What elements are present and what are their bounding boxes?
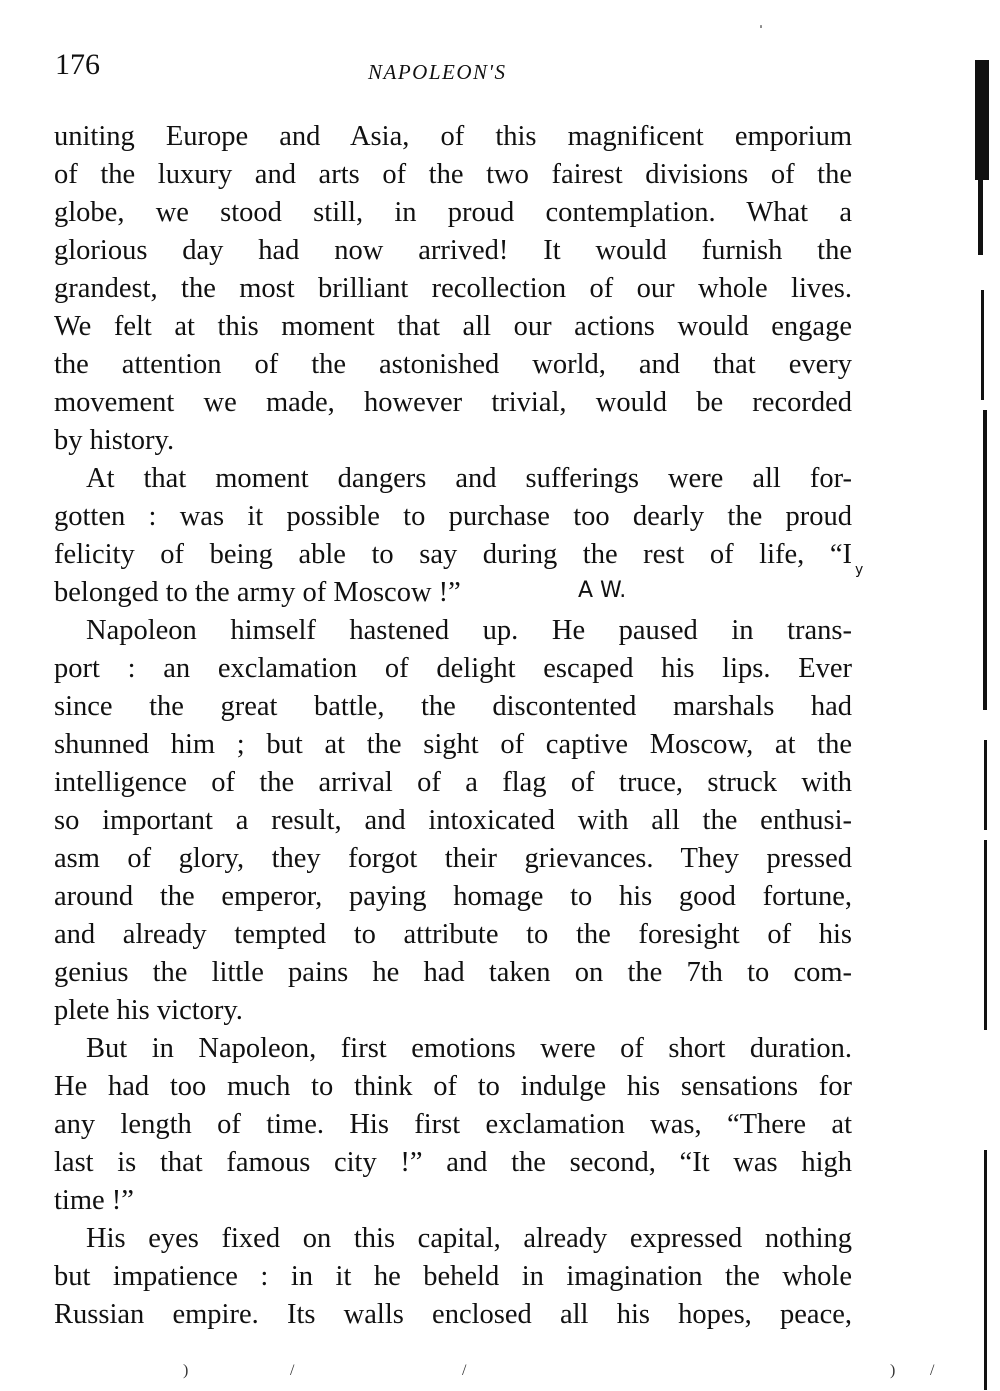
- text-line: We felt at this moment that all our acti…: [54, 308, 852, 346]
- text-line: so important a result, and intoxicated w…: [54, 802, 852, 840]
- tick-mark: ˌ: [758, 8, 764, 29]
- text-line: belonged to the army of Moscow !”: [54, 574, 852, 612]
- text-line: uniting Europe and Asia, of this magnifi…: [54, 118, 852, 156]
- text-line: last is that famous city !” and the seco…: [54, 1144, 852, 1182]
- scan-mark: ): [890, 1362, 895, 1380]
- text-line: plete his victory.: [54, 992, 852, 1030]
- text-line: gotten : was it possible to purchase too…: [54, 498, 852, 536]
- text-line: At that moment dangers and sufferings we…: [54, 460, 852, 498]
- text-line: His eyes fixed on this capital, already …: [54, 1220, 852, 1258]
- text-line: of the luxury and arts of the two faires…: [54, 156, 852, 194]
- running-title: NAPOLEON'S: [368, 60, 507, 85]
- text-line: but impatience : in it he beheld in imag…: [54, 1258, 852, 1296]
- scan-mark: /: [930, 1362, 934, 1380]
- text-line: since the great battle, the discontented…: [54, 688, 852, 726]
- text-line: and already tempted to attribute to the …: [54, 916, 852, 954]
- text-line: But in Napoleon, first emotions were of …: [54, 1030, 852, 1068]
- text-line: globe, we stood still, in proud contempl…: [54, 194, 852, 232]
- binding-edge-mid: [984, 740, 987, 830]
- text-line: around the emperor, paying homage to his…: [54, 878, 852, 916]
- text-line: Russian empire. Its walls enclosed all h…: [54, 1296, 852, 1334]
- scan-mark: /: [290, 1362, 294, 1380]
- scan-mark: /: [462, 1362, 466, 1380]
- handwritten-initials: A W.: [578, 578, 626, 603]
- text-line: intelligence of the arrival of a flag of…: [54, 764, 852, 802]
- text-line: movement we made, however trivial, would…: [54, 384, 852, 422]
- binding-edge-segment: [981, 290, 984, 400]
- page-number: 176: [55, 48, 100, 82]
- text-line: any length of time. His first exclamatio…: [54, 1106, 852, 1144]
- text-line: He had too much to think of to indulge h…: [54, 1068, 852, 1106]
- text-line: genius the little pains he had taken on …: [54, 954, 852, 992]
- text-line: glorious day had now arrived! It would f…: [54, 232, 852, 270]
- binding-edge-bottom: [984, 1150, 987, 1390]
- binding-edge-long: [983, 410, 987, 710]
- text-line: the attention of the astonished world, a…: [54, 346, 852, 384]
- binding-edge-top-thin: [978, 180, 983, 255]
- binding-edge-top: [975, 60, 989, 180]
- margin-mark: y: [855, 562, 863, 578]
- binding-edge-lower: [984, 840, 987, 1030]
- text-line: by history.: [54, 422, 852, 460]
- text-line: time !”: [54, 1182, 852, 1220]
- text-line: asm of glory, they forgot their grievanc…: [54, 840, 852, 878]
- text-line: port : an exclamation of delight escaped…: [54, 650, 852, 688]
- text-line: grandest, the most brilliant recollectio…: [54, 270, 852, 308]
- text-line: shunned him ; but at the sight of captiv…: [54, 726, 852, 764]
- text-line: felicity of being able to say during the…: [54, 536, 852, 574]
- text-line: Napoleon himself hastened up. He paused …: [54, 612, 852, 650]
- scan-mark: ): [183, 1362, 188, 1380]
- body-text: uniting Europe and Asia, of this magnifi…: [54, 118, 852, 1334]
